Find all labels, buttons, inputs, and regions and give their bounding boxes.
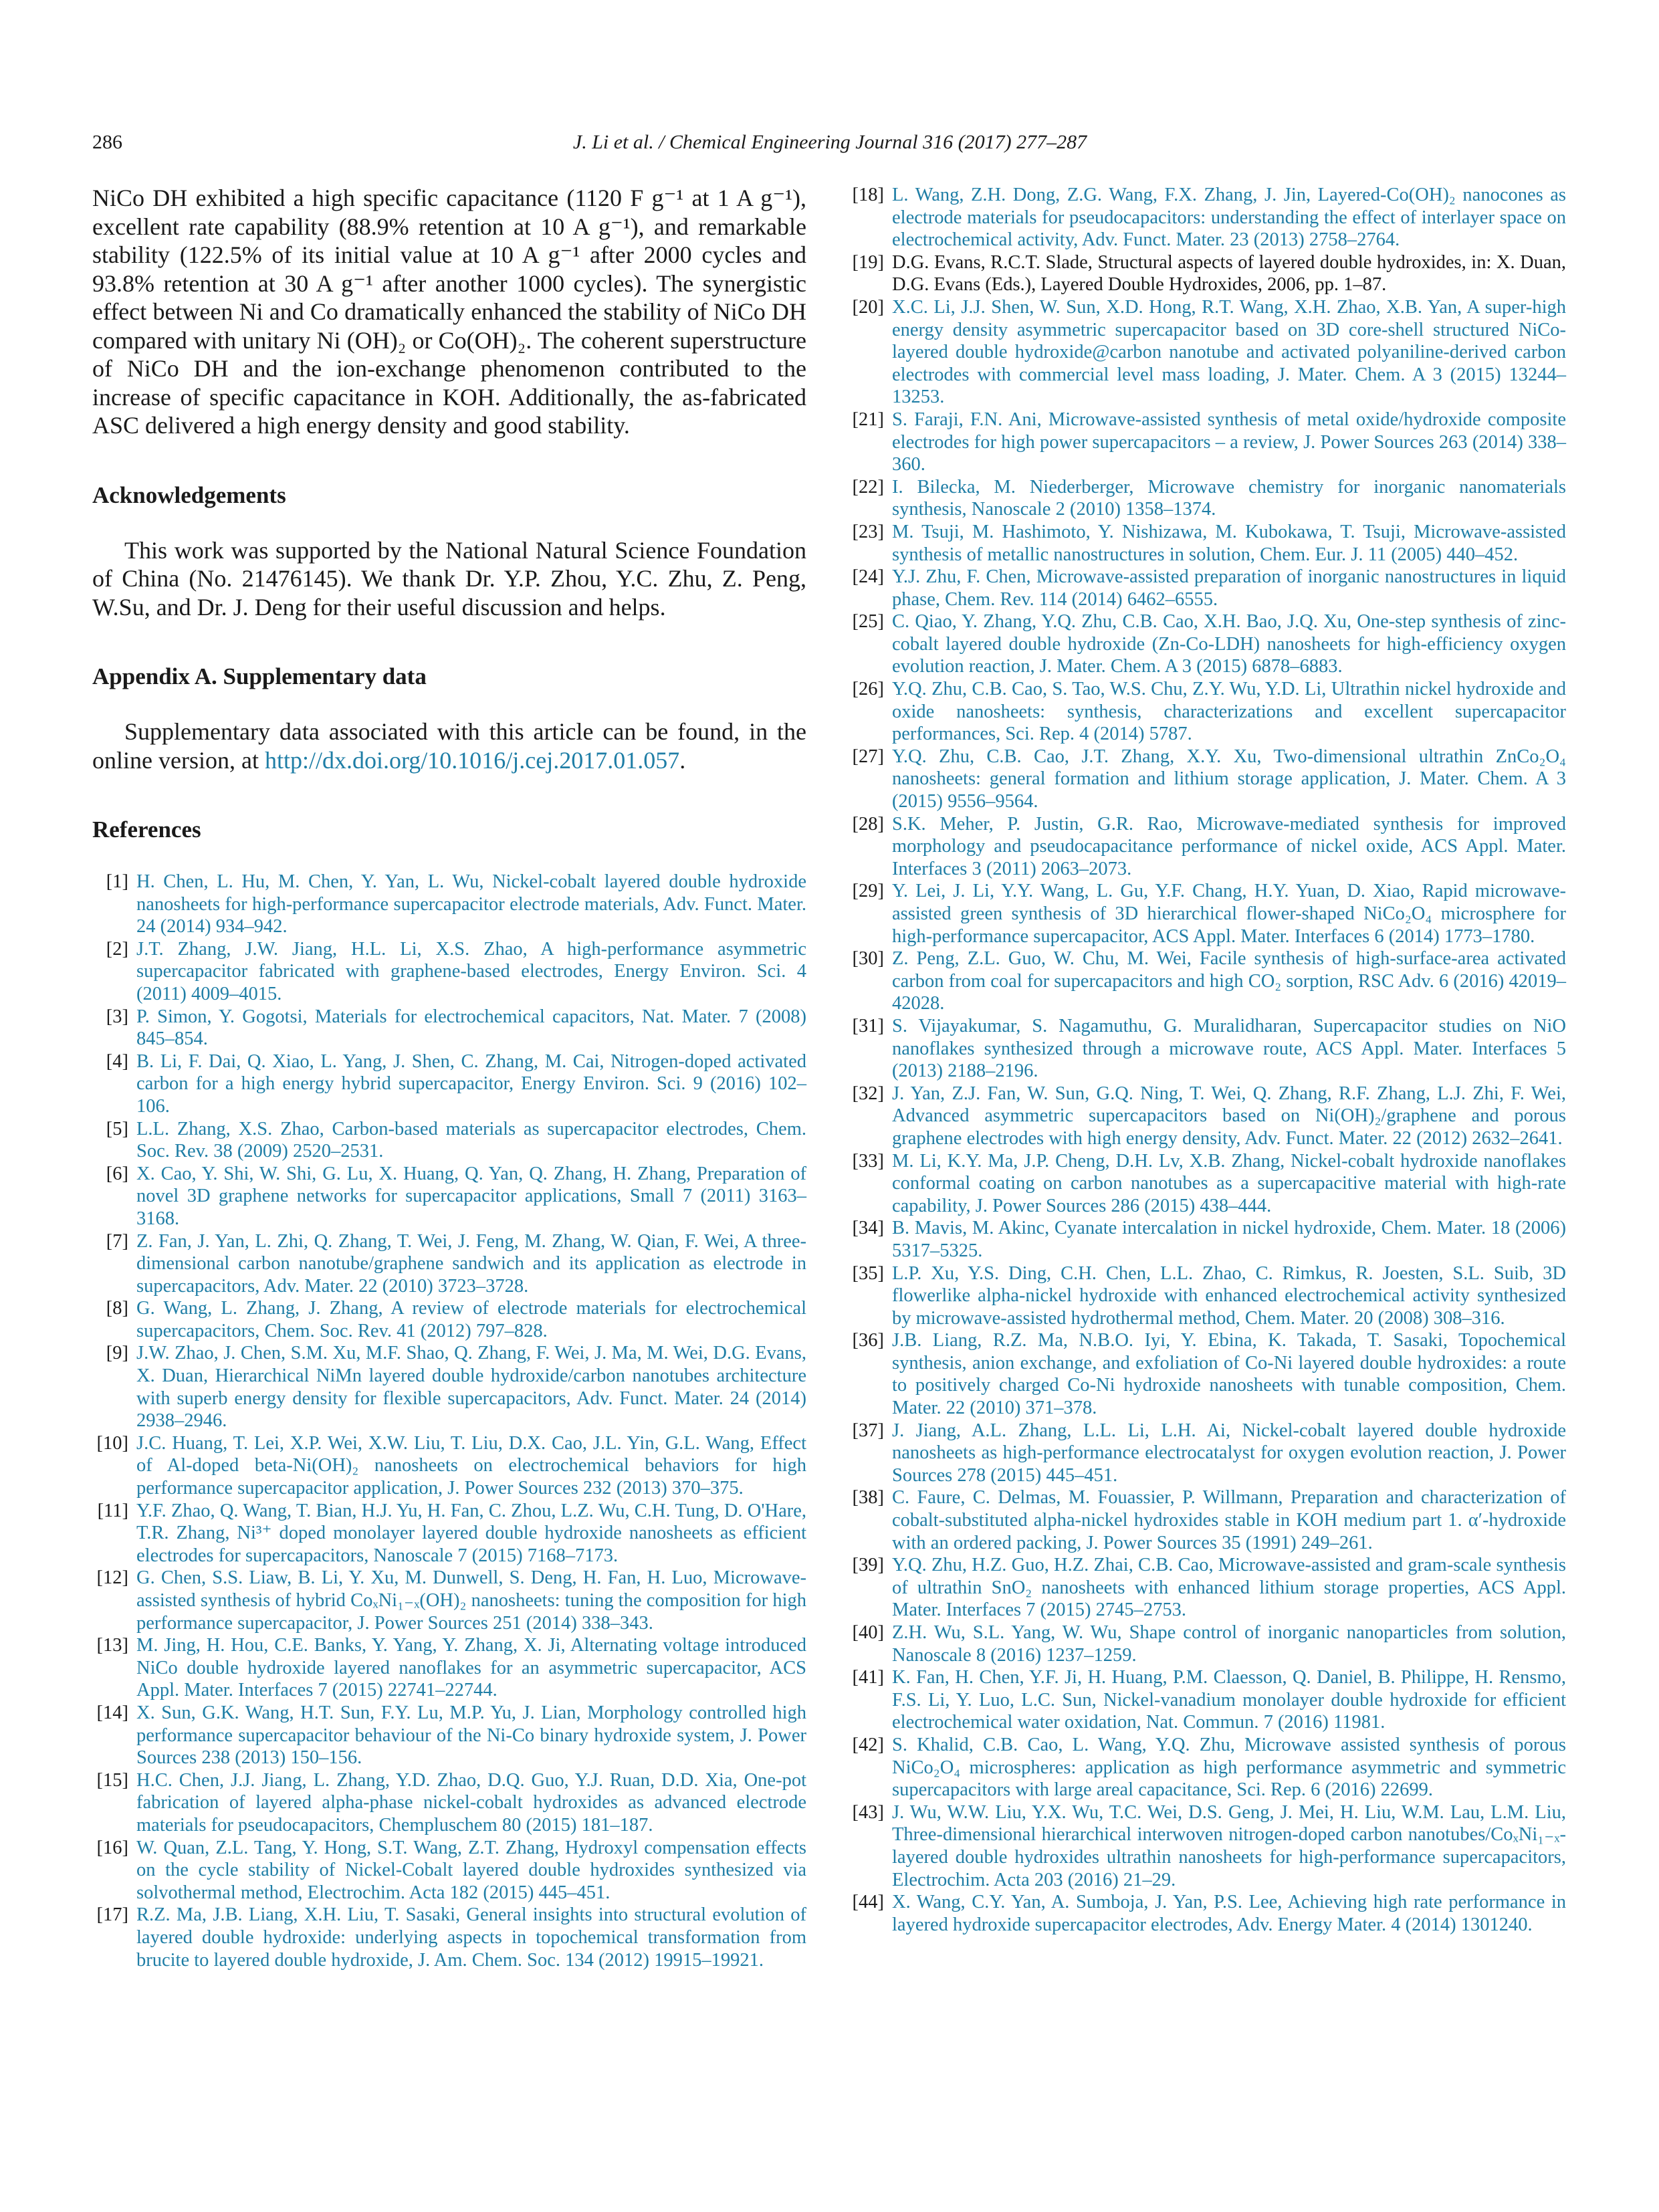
- page-header: 286 J. Li et al. / Chemical Engineering …: [92, 131, 1567, 158]
- reference-link[interactable]: C. Faure, C. Delmas, M. Fouassier, P. Wi…: [892, 1486, 1566, 1554]
- references-list-left: [1]H. Chen, L. Hu, M. Chen, Y. Yan, L. W…: [92, 871, 806, 1971]
- reference-number: [23]: [852, 521, 892, 566]
- reference-item: [22]I. Bilecka, M. Niederberger, Microwa…: [852, 476, 1566, 521]
- reference-link[interactable]: Y.F. Zhao, Q. Wang, T. Bian, H.J. Yu, H.…: [136, 1500, 806, 1567]
- appendix-text: Supplementary data associated with this …: [92, 717, 806, 774]
- reference-item: [39]Y.Q. Zhu, H.Z. Guo, H.Z. Zhai, C.B. …: [852, 1554, 1566, 1622]
- reference-link[interactable]: J.B. Liang, R.Z. Ma, N.B.O. Iyi, Y. Ebin…: [892, 1329, 1566, 1419]
- reference-link[interactable]: X.C. Li, J.J. Shen, W. Sun, X.D. Hong, R…: [892, 296, 1566, 409]
- reference-link[interactable]: J. Wu, W.W. Liu, Y.X. Wu, T.C. Wei, D.S.…: [892, 1801, 1566, 1891]
- reference-item: [20]X.C. Li, J.J. Shen, W. Sun, X.D. Hon…: [852, 296, 1566, 409]
- reference-number: [30]: [852, 948, 892, 1015]
- reference-link[interactable]: B. Li, F. Dai, Q. Xiao, L. Yang, J. Shen…: [136, 1050, 806, 1118]
- reference-number: [8]: [92, 1297, 136, 1342]
- reference-item: [6]X. Cao, Y. Shi, W. Shi, G. Lu, X. Hua…: [92, 1163, 806, 1230]
- appendix-section: Appendix A. Supplementary data Supplemen…: [92, 663, 806, 774]
- reference-number: [20]: [852, 296, 892, 409]
- reference-link[interactable]: S. Vijayakumar, S. Nagamuthu, G. Muralid…: [892, 1015, 1566, 1083]
- reference-link[interactable]: X. Sun, G.K. Wang, H.T. Sun, F.Y. Lu, M.…: [136, 1702, 806, 1769]
- reference-link[interactable]: Y.J. Zhu, F. Chen, Microwave-assisted pr…: [892, 566, 1566, 611]
- reference-text: D.G. Evans, R.C.T. Slade, Structural asp…: [892, 251, 1566, 296]
- reference-number: [21]: [852, 409, 892, 476]
- references-heading: References: [92, 816, 806, 844]
- reference-item: [23]M. Tsuji, M. Hashimoto, Y. Nishizawa…: [852, 521, 1566, 566]
- reference-link[interactable]: Z.H. Wu, S.L. Yang, W. Wu, Shape control…: [892, 1622, 1566, 1666]
- reference-number: [28]: [852, 813, 892, 881]
- reference-number: [41]: [852, 1666, 892, 1734]
- reference-item: [17]R.Z. Ma, J.B. Liang, X.H. Liu, T. Sa…: [92, 1904, 806, 1971]
- reference-link[interactable]: R.Z. Ma, J.B. Liang, X.H. Liu, T. Sasaki…: [136, 1904, 806, 1971]
- reference-number: [32]: [852, 1083, 892, 1150]
- reference-item: [9]J.W. Zhao, J. Chen, S.M. Xu, M.F. Sha…: [92, 1342, 806, 1432]
- reference-link[interactable]: H.C. Chen, J.J. Jiang, L. Zhang, Y.D. Zh…: [136, 1769, 806, 1837]
- reference-number: [27]: [852, 746, 892, 813]
- reference-number: [25]: [852, 611, 892, 678]
- reference-number: [10]: [92, 1432, 136, 1500]
- right-column: [18]L. Wang, Z.H. Dong, Z.G. Wang, F.X. …: [852, 184, 1566, 1936]
- reference-number: [43]: [852, 1801, 892, 1891]
- reference-item: [41]K. Fan, H. Chen, Y.F. Ji, H. Huang, …: [852, 1666, 1566, 1734]
- reference-item: [19]D.G. Evans, R.C.T. Slade, Structural…: [852, 251, 1566, 296]
- reference-number: [39]: [852, 1554, 892, 1622]
- reference-number: [3]: [92, 1006, 136, 1050]
- acknowledgements-text: This work was supported by the National …: [92, 536, 806, 622]
- reference-number: [9]: [92, 1342, 136, 1432]
- reference-item: [5]L.L. Zhang, X.S. Zhao, Carbon-based m…: [92, 1118, 806, 1163]
- reference-link[interactable]: L.P. Xu, Y.S. Ding, C.H. Chen, L.L. Zhao…: [892, 1262, 1566, 1330]
- reference-number: [7]: [92, 1230, 136, 1298]
- reference-item: [31]S. Vijayakumar, S. Nagamuthu, G. Mur…: [852, 1015, 1566, 1083]
- reference-number: [15]: [92, 1769, 136, 1837]
- reference-number: [17]: [92, 1904, 136, 1971]
- reference-link[interactable]: M. Jing, H. Hou, C.E. Banks, Y. Yang, Y.…: [136, 1634, 806, 1702]
- reference-item: [28]S.K. Meher, P. Justin, G.R. Rao, Mic…: [852, 813, 1566, 881]
- appendix-text-after: .: [679, 747, 685, 774]
- reference-number: [31]: [852, 1015, 892, 1083]
- reference-item: [8]G. Wang, L. Zhang, J. Zhang, A review…: [92, 1297, 806, 1342]
- reference-link[interactable]: M. Tsuji, M. Hashimoto, Y. Nishizawa, M.…: [892, 521, 1566, 566]
- reference-item: [18]L. Wang, Z.H. Dong, Z.G. Wang, F.X. …: [852, 184, 1566, 251]
- reference-link[interactable]: Z. Peng, Z.L. Guo, W. Chu, M. Wei, Facil…: [892, 948, 1566, 1015]
- reference-item: [25]C. Qiao, Y. Zhang, Y.Q. Zhu, C.B. Ca…: [852, 611, 1566, 678]
- reference-number: [6]: [92, 1163, 136, 1230]
- reference-link[interactable]: X. Cao, Y. Shi, W. Shi, G. Lu, X. Huang,…: [136, 1163, 806, 1230]
- reference-number: [18]: [852, 184, 892, 251]
- reference-number: [16]: [92, 1837, 136, 1904]
- reference-item: [36]J.B. Liang, R.Z. Ma, N.B.O. Iyi, Y. …: [852, 1329, 1566, 1419]
- reference-number: [2]: [92, 938, 136, 1006]
- reference-number: [12]: [92, 1567, 136, 1634]
- reference-number: [29]: [852, 880, 892, 948]
- reference-link[interactable]: Y.Q. Zhu, C.B. Cao, J.T. Zhang, X.Y. Xu,…: [892, 746, 1566, 813]
- reference-link[interactable]: J.W. Zhao, J. Chen, S.M. Xu, M.F. Shao, …: [136, 1342, 806, 1432]
- appendix-heading: Appendix A. Supplementary data: [92, 663, 806, 691]
- reference-number: [37]: [852, 1420, 892, 1487]
- reference-link[interactable]: L.L. Zhang, X.S. Zhao, Carbon-based mate…: [136, 1118, 806, 1163]
- reference-item: [37]J. Jiang, A.L. Zhang, L.L. Li, L.H. …: [852, 1420, 1566, 1487]
- reference-link[interactable]: M. Li, K.Y. Ma, J.P. Cheng, D.H. Lv, X.B…: [892, 1150, 1566, 1218]
- reference-number: [1]: [92, 871, 136, 938]
- reference-link[interactable]: S.K. Meher, P. Justin, G.R. Rao, Microwa…: [892, 813, 1566, 881]
- reference-item: [13]M. Jing, H. Hou, C.E. Banks, Y. Yang…: [92, 1634, 806, 1702]
- reference-link[interactable]: G. Wang, L. Zhang, J. Zhang, A review of…: [136, 1297, 806, 1342]
- reference-item: [14]X. Sun, G.K. Wang, H.T. Sun, F.Y. Lu…: [92, 1702, 806, 1769]
- reference-item: [11]Y.F. Zhao, Q. Wang, T. Bian, H.J. Yu…: [92, 1500, 806, 1567]
- reference-link[interactable]: P. Simon, Y. Gogotsi, Materials for elec…: [136, 1006, 806, 1050]
- reference-link[interactable]: G. Chen, S.S. Liaw, B. Li, Y. Xu, M. Dun…: [136, 1567, 806, 1634]
- reference-number: [34]: [852, 1217, 892, 1262]
- reference-item: [7]Z. Fan, J. Yan, L. Zhi, Q. Zhang, T. …: [92, 1230, 806, 1298]
- reference-number: [11]: [92, 1500, 136, 1567]
- acknowledgements-section: Acknowledgements This work was supported…: [92, 481, 806, 622]
- reference-item: [43]J. Wu, W.W. Liu, Y.X. Wu, T.C. Wei, …: [852, 1801, 1566, 1891]
- reference-item: [32]J. Yan, Z.J. Fan, W. Sun, G.Q. Ning,…: [852, 1083, 1566, 1150]
- reference-link[interactable]: J.T. Zhang, J.W. Jiang, H.L. Li, X.S. Zh…: [136, 938, 806, 1006]
- reference-number: [14]: [92, 1702, 136, 1769]
- references-list-right: [18]L. Wang, Z.H. Dong, Z.G. Wang, F.X. …: [852, 184, 1566, 1936]
- supplementary-doi-link[interactable]: http://dx.doi.org/10.1016/j.cej.2017.01.…: [265, 747, 679, 774]
- reference-item: [38]C. Faure, C. Delmas, M. Fouassier, P…: [852, 1486, 1566, 1554]
- reference-item: [33]M. Li, K.Y. Ma, J.P. Cheng, D.H. Lv,…: [852, 1150, 1566, 1218]
- reference-item: [26]Y.Q. Zhu, C.B. Cao, S. Tao, W.S. Chu…: [852, 678, 1566, 746]
- reference-item: [34]B. Mavis, M. Akinc, Cyanate intercal…: [852, 1217, 1566, 1262]
- reference-link[interactable]: Z. Fan, J. Yan, L. Zhi, Q. Zhang, T. Wei…: [136, 1230, 806, 1298]
- reference-item: [4]B. Li, F. Dai, Q. Xiao, L. Yang, J. S…: [92, 1050, 806, 1118]
- reference-number: [24]: [852, 566, 892, 611]
- reference-link[interactable]: J.C. Huang, T. Lei, X.P. Wei, X.W. Liu, …: [136, 1432, 806, 1500]
- reference-number: [36]: [852, 1329, 892, 1419]
- reference-item: [16]W. Quan, Z.L. Tang, Y. Hong, S.T. Wa…: [92, 1837, 806, 1904]
- reference-item: [3]P. Simon, Y. Gogotsi, Materials for e…: [92, 1006, 806, 1050]
- reference-item: [21]S. Faraji, F.N. Ani, Microwave-assis…: [852, 409, 1566, 476]
- reference-number: [4]: [92, 1050, 136, 1118]
- reference-link[interactable]: J. Yan, Z.J. Fan, W. Sun, G.Q. Ning, T. …: [892, 1083, 1566, 1150]
- reference-number: [13]: [92, 1634, 136, 1702]
- reference-link[interactable]: J. Jiang, A.L. Zhang, L.L. Li, L.H. Ai, …: [892, 1420, 1566, 1487]
- reference-link[interactable]: S. Faraji, F.N. Ani, Microwave-assisted …: [892, 409, 1566, 476]
- reference-link[interactable]: L. Wang, Z.H. Dong, Z.G. Wang, F.X. Zhan…: [892, 184, 1566, 251]
- reference-item: [24]Y.J. Zhu, F. Chen, Microwave-assiste…: [852, 566, 1566, 611]
- reference-item: [2]J.T. Zhang, J.W. Jiang, H.L. Li, X.S.…: [92, 938, 806, 1006]
- reference-number: [22]: [852, 476, 892, 521]
- reference-item: [29]Y. Lei, J. Li, Y.Y. Wang, L. Gu, Y.F…: [852, 880, 1566, 948]
- reference-item: [1]H. Chen, L. Hu, M. Chen, Y. Yan, L. W…: [92, 871, 806, 938]
- reference-link[interactable]: Y.Q. Zhu, H.Z. Guo, H.Z. Zhai, C.B. Cao,…: [892, 1554, 1566, 1622]
- reference-link[interactable]: K. Fan, H. Chen, Y.F. Ji, H. Huang, P.M.…: [892, 1666, 1566, 1734]
- reference-item: [15]H.C. Chen, J.J. Jiang, L. Zhang, Y.D…: [92, 1769, 806, 1837]
- reference-number: [40]: [852, 1622, 892, 1666]
- reference-number: [44]: [852, 1891, 892, 1936]
- reference-link[interactable]: B. Mavis, M. Akinc, Cyanate intercalatio…: [892, 1217, 1566, 1262]
- reference-item: [30]Z. Peng, Z.L. Guo, W. Chu, M. Wei, F…: [852, 948, 1566, 1015]
- reference-link[interactable]: Y. Lei, J. Li, Y.Y. Wang, L. Gu, Y.F. Ch…: [892, 880, 1566, 948]
- left-column: NiCo DH exhibited a high specific capaci…: [92, 184, 806, 1971]
- reference-number: [42]: [852, 1734, 892, 1801]
- reference-item: [40]Z.H. Wu, S.L. Yang, W. Wu, Shape con…: [852, 1622, 1566, 1666]
- reference-link[interactable]: Y.Q. Zhu, C.B. Cao, S. Tao, W.S. Chu, Z.…: [892, 678, 1566, 746]
- running-head: J. Li et al. / Chemical Engineering Jour…: [92, 131, 1567, 154]
- reference-item: [27]Y.Q. Zhu, C.B. Cao, J.T. Zhang, X.Y.…: [852, 746, 1566, 813]
- reference-link[interactable]: W. Quan, Z.L. Tang, Y. Hong, S.T. Wang, …: [136, 1837, 806, 1904]
- reference-number: [38]: [852, 1486, 892, 1554]
- reference-item: [12]G. Chen, S.S. Liaw, B. Li, Y. Xu, M.…: [92, 1567, 806, 1634]
- reference-number: [19]: [852, 251, 892, 296]
- reference-number: [5]: [92, 1118, 136, 1163]
- reference-link[interactable]: X. Wang, C.Y. Yan, A. Sumboja, J. Yan, P…: [892, 1891, 1566, 1936]
- reference-number: [26]: [852, 678, 892, 746]
- references-section: References [1]H. Chen, L. Hu, M. Chen, Y…: [92, 816, 806, 1971]
- reference-link[interactable]: C. Qiao, Y. Zhang, Y.Q. Zhu, C.B. Cao, X…: [892, 611, 1566, 678]
- reference-item: [35]L.P. Xu, Y.S. Ding, C.H. Chen, L.L. …: [852, 1262, 1566, 1330]
- reference-link[interactable]: I. Bilecka, M. Niederberger, Microwave c…: [892, 476, 1566, 521]
- acknowledgements-heading: Acknowledgements: [92, 481, 806, 510]
- reference-item: [10]J.C. Huang, T. Lei, X.P. Wei, X.W. L…: [92, 1432, 806, 1500]
- conclusion-paragraph: NiCo DH exhibited a high specific capaci…: [92, 184, 806, 440]
- reference-item: [42]S. Khalid, C.B. Cao, L. Wang, Y.Q. Z…: [852, 1734, 1566, 1801]
- reference-link[interactable]: S. Khalid, C.B. Cao, L. Wang, Y.Q. Zhu, …: [892, 1734, 1566, 1801]
- reference-link[interactable]: H. Chen, L. Hu, M. Chen, Y. Yan, L. Wu, …: [136, 871, 806, 938]
- reference-number: [35]: [852, 1262, 892, 1330]
- reference-item: [44]X. Wang, C.Y. Yan, A. Sumboja, J. Ya…: [852, 1891, 1566, 1936]
- reference-number: [33]: [852, 1150, 892, 1218]
